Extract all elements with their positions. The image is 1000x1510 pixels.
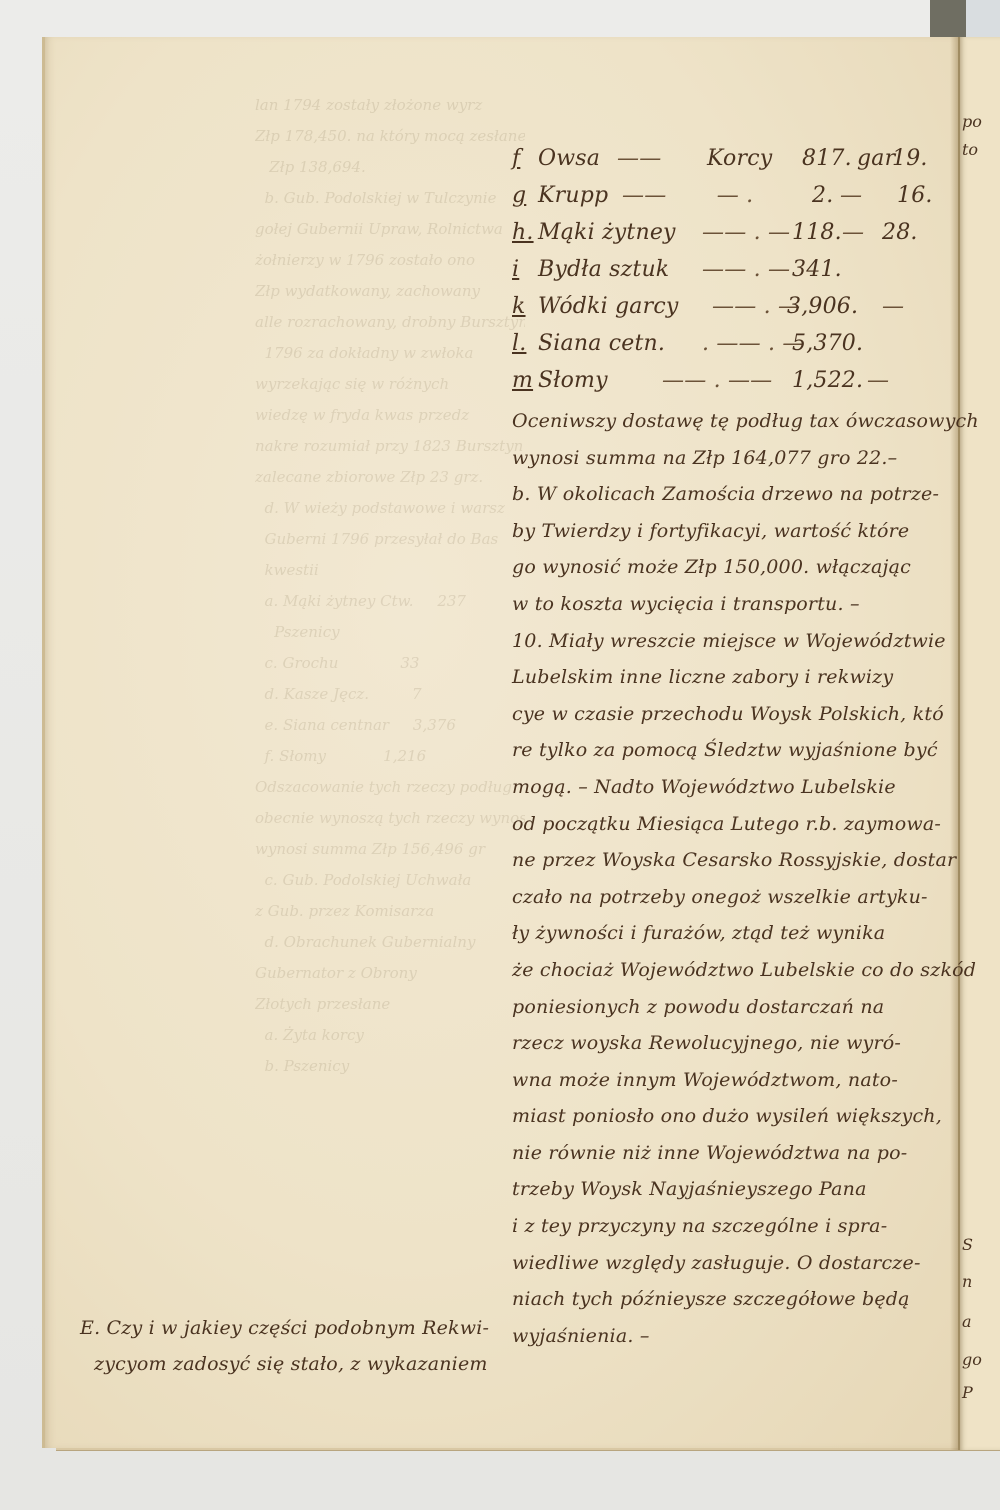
- text-line: nie równie niż inne Województwa na po-: [512, 1135, 952, 1172]
- item-name: Bydła sztuk: [538, 251, 669, 288]
- item-quantity: 817.: [802, 140, 852, 177]
- leader-dash: —— — .: [622, 177, 753, 214]
- text-line: b. W okolicach Zamościa drzewo na potrze…: [512, 476, 952, 513]
- bleed-through-text: lan 1794 zostały złożone wyrz Złp 178,45…: [255, 90, 525, 1082]
- next-page-text: to: [962, 140, 978, 159]
- item-letter: m: [512, 362, 533, 399]
- supply-item: f Owsa —— Korcy 817. gar 19.: [512, 140, 952, 177]
- leader-dash: —: [840, 177, 862, 214]
- leader-dash: —— . —: [702, 214, 790, 251]
- leader-dash: —: [842, 214, 864, 251]
- item-name: Wódki garcy: [538, 288, 678, 325]
- item-letter: k: [512, 288, 526, 325]
- leader-dash: —: [882, 288, 904, 325]
- next-page-text: a: [962, 1312, 972, 1331]
- text-line: ne przez Woyska Cesarsko Rossyjskie, dos…: [512, 842, 952, 879]
- supply-item: m Słomy —— . —— 1,522. —: [512, 362, 952, 399]
- item-quantity: 1,522.: [792, 362, 863, 399]
- item-sub-quantity: 16.: [897, 177, 933, 214]
- scanner-edge: [966, 0, 1000, 38]
- item-name: Mąki żytney: [538, 214, 676, 251]
- item-quantity: 3,906.: [787, 288, 858, 325]
- next-page-text: go: [962, 1350, 982, 1369]
- item-quantity: 5,370.: [792, 325, 863, 362]
- supply-item: i Bydła sztuk —— . — 341.: [512, 251, 952, 288]
- text-line: zycyom zadosyć się stało, z wykazaniem: [80, 1346, 520, 1382]
- body-paragraph: Oceniwszy dostawę tę podług tax ówczasow…: [512, 403, 952, 1354]
- text-line: od początku Miesiąca Lutego r.b. zaymowa…: [512, 806, 952, 843]
- item-letter: i: [512, 251, 519, 288]
- text-line: że chociaż Województwo Lubelskie co do s…: [512, 952, 952, 989]
- leader-dash: —— . ——: [662, 362, 772, 399]
- text-line: rzecz woyska Rewolucyjnego, nie wyró-: [512, 1025, 952, 1062]
- text-line: cye w czasie przechodu Woysk Polskich, k…: [512, 696, 952, 733]
- text-line: go wynosić może Złp 150,000. włączając: [512, 549, 952, 586]
- item-letter: l.: [512, 325, 526, 362]
- text-line: re tylko za pomocą Śledztw wyjaśnione by…: [512, 732, 952, 769]
- supply-item: l. Siana cetn. . —— . — 5,370.: [512, 325, 952, 362]
- text-line: ły żywności i furażów, ztąd też wynika: [512, 915, 952, 952]
- text-line: niach tych późnieysze szczegółowe będą: [512, 1281, 952, 1318]
- leader-dash: . —— . —: [702, 325, 805, 362]
- supply-list: f Owsa —— Korcy 817. gar 19. g Krupp —— …: [512, 140, 952, 1354]
- text-line: wyjaśnienia. –: [512, 1318, 952, 1355]
- text-line: by Twierdzy i fortyfikacyi, wartość któr…: [512, 513, 952, 550]
- supply-item: g Krupp —— — . 2. — 16.: [512, 177, 952, 214]
- leader-dash: —— . —: [702, 251, 790, 288]
- section-e-question: E. Czy i w jakiey części podobnym Rekwi-…: [80, 1310, 520, 1382]
- text-line: E. Czy i w jakiey części podobnym Rekwi-: [80, 1310, 520, 1346]
- item-sub-quantity: 19.: [892, 140, 928, 177]
- item-name: Krupp: [538, 177, 608, 214]
- text-line: poniesionych z powodu dostarczań na: [512, 989, 952, 1026]
- item-letter: h.: [512, 214, 534, 251]
- next-page-text: po: [962, 112, 982, 131]
- supply-item: h. Mąki żytney —— . — 118. — 28.: [512, 214, 952, 251]
- text-line: czało na potrzeby onegoż wszelkie artyku…: [512, 879, 952, 916]
- text-line: Lubelskim inne liczne zabory i rekwizy: [512, 659, 952, 696]
- leader-dash: ——: [617, 140, 661, 177]
- item-letter: f: [512, 140, 520, 177]
- text-line: wynosi summa na Złp 164,077 gro 22.–: [512, 440, 952, 477]
- item-name: Słomy: [538, 362, 608, 399]
- item-quantity: 2.: [812, 177, 833, 214]
- item-name: Siana cetn.: [538, 325, 665, 362]
- text-line: w to koszta wycięcia i transportu. –: [512, 586, 952, 623]
- text-line: Oceniwszy dostawę tę podług tax ówczasow…: [512, 403, 952, 440]
- text-line: wna może innym Województwom, nato-: [512, 1062, 952, 1099]
- item-name: Owsa: [538, 140, 600, 177]
- item-letter: g: [512, 177, 526, 214]
- item-quantity: 341.: [792, 251, 842, 288]
- item-sub-unit: gar: [857, 140, 895, 177]
- item-unit: Korcy: [707, 140, 772, 177]
- text-line: mogą. – Nadto Województwo Lubelskie: [512, 769, 952, 806]
- item-quantity: 118.: [792, 214, 842, 251]
- text-line: trzeby Woysk Nayjaśnieyszego Pana: [512, 1171, 952, 1208]
- text-line: miast poniosło ono dużo wysileń większyc…: [512, 1098, 952, 1135]
- leader-dash: —: [867, 362, 889, 399]
- binding-clip: [930, 0, 966, 38]
- text-line: i z tey przyczyny na szczególne i spra-: [512, 1208, 952, 1245]
- supply-item: k Wódki garcy —— . — 3,906. —: [512, 288, 952, 325]
- next-page-text: P: [962, 1383, 973, 1402]
- item-sub-quantity: 28.: [882, 214, 918, 251]
- next-page-text: S: [962, 1235, 973, 1254]
- next-page-text: n: [962, 1272, 972, 1291]
- text-line: 10. Miały wreszcie miejsce w Województwi…: [512, 623, 952, 660]
- text-line: wiedliwe względy zasługuje. O dostarcze-: [512, 1245, 952, 1282]
